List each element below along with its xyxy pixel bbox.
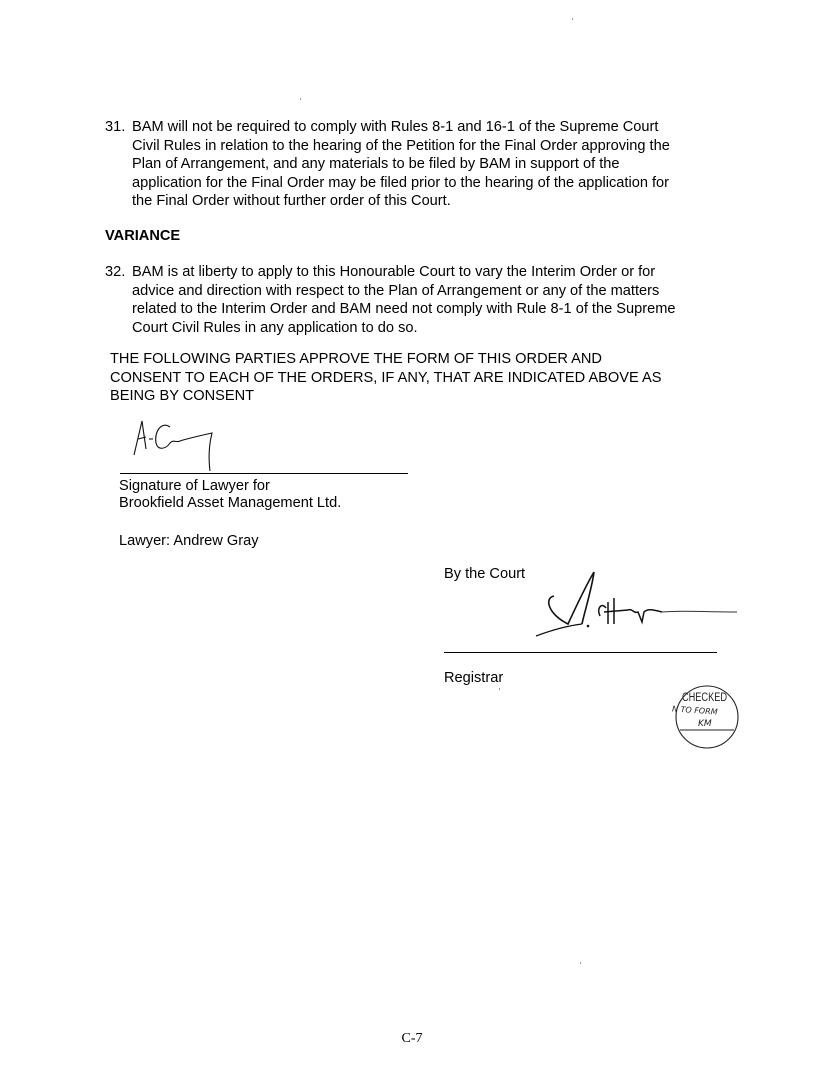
registrar-signature xyxy=(532,568,742,643)
text-line: application for the Final Order may be f… xyxy=(132,174,670,193)
text-line: Court Civil Rules in any application to … xyxy=(132,319,676,338)
stamp-initials: KM xyxy=(698,719,712,729)
scan-artifact xyxy=(572,18,573,20)
section-heading: VARIANCE xyxy=(105,228,180,244)
lawyer-signature xyxy=(130,415,230,475)
by-the-court-label: By the Court xyxy=(444,566,525,583)
text-line: Civil Rules in relation to the hearing o… xyxy=(132,137,670,156)
checked-stamp: CHECKED N TO FORM KM xyxy=(668,684,752,752)
lawyer-name: Lawyer: Andrew Gray xyxy=(119,533,259,550)
page-number: C-7 xyxy=(0,1031,824,1047)
paragraph-text: BAM is at liberty to apply to this Honou… xyxy=(132,263,676,337)
text-line: advice and direction with respect to the… xyxy=(132,282,676,301)
text-line: CONSENT TO EACH OF THE ORDERS, IF ANY, T… xyxy=(110,369,661,388)
paragraph-number: 32. xyxy=(105,263,125,282)
text-line: the Final Order without further order of… xyxy=(132,192,670,211)
paragraph-number: 31. xyxy=(105,118,125,137)
paragraph-text: BAM will not be required to comply with … xyxy=(132,118,670,211)
text-line: BAM is at liberty to apply to this Honou… xyxy=(132,263,676,282)
text-line: THE FOLLOWING PARTIES APPROVE THE FORM O… xyxy=(110,350,661,369)
text-line: BEING BY CONSENT xyxy=(110,387,661,406)
scan-artifact xyxy=(499,688,500,690)
text-line: related to the Interim Order and BAM nee… xyxy=(132,300,676,319)
lawyer-signature-line xyxy=(120,473,408,474)
scan-artifact xyxy=(300,98,301,100)
scan-artifact xyxy=(580,962,581,964)
text-line: BAM will not be required to comply with … xyxy=(132,118,670,137)
stamp-title: CHECKED xyxy=(682,692,727,704)
text-line: Plan of Arrangement, and any materials t… xyxy=(132,155,670,174)
lawyer-signature-label: Signature of Lawyer for Brookfield Asset… xyxy=(119,478,341,512)
registrar-label: Registrar xyxy=(444,670,503,687)
court-signature-line xyxy=(444,652,717,653)
text-line: Signature of Lawyer for xyxy=(119,478,341,495)
text-line: Brookfield Asset Management Ltd. xyxy=(119,495,341,512)
consent-statement: THE FOLLOWING PARTIES APPROVE THE FORM O… xyxy=(110,350,661,406)
document-page: 31. BAM will not be required to comply w… xyxy=(0,0,824,1075)
